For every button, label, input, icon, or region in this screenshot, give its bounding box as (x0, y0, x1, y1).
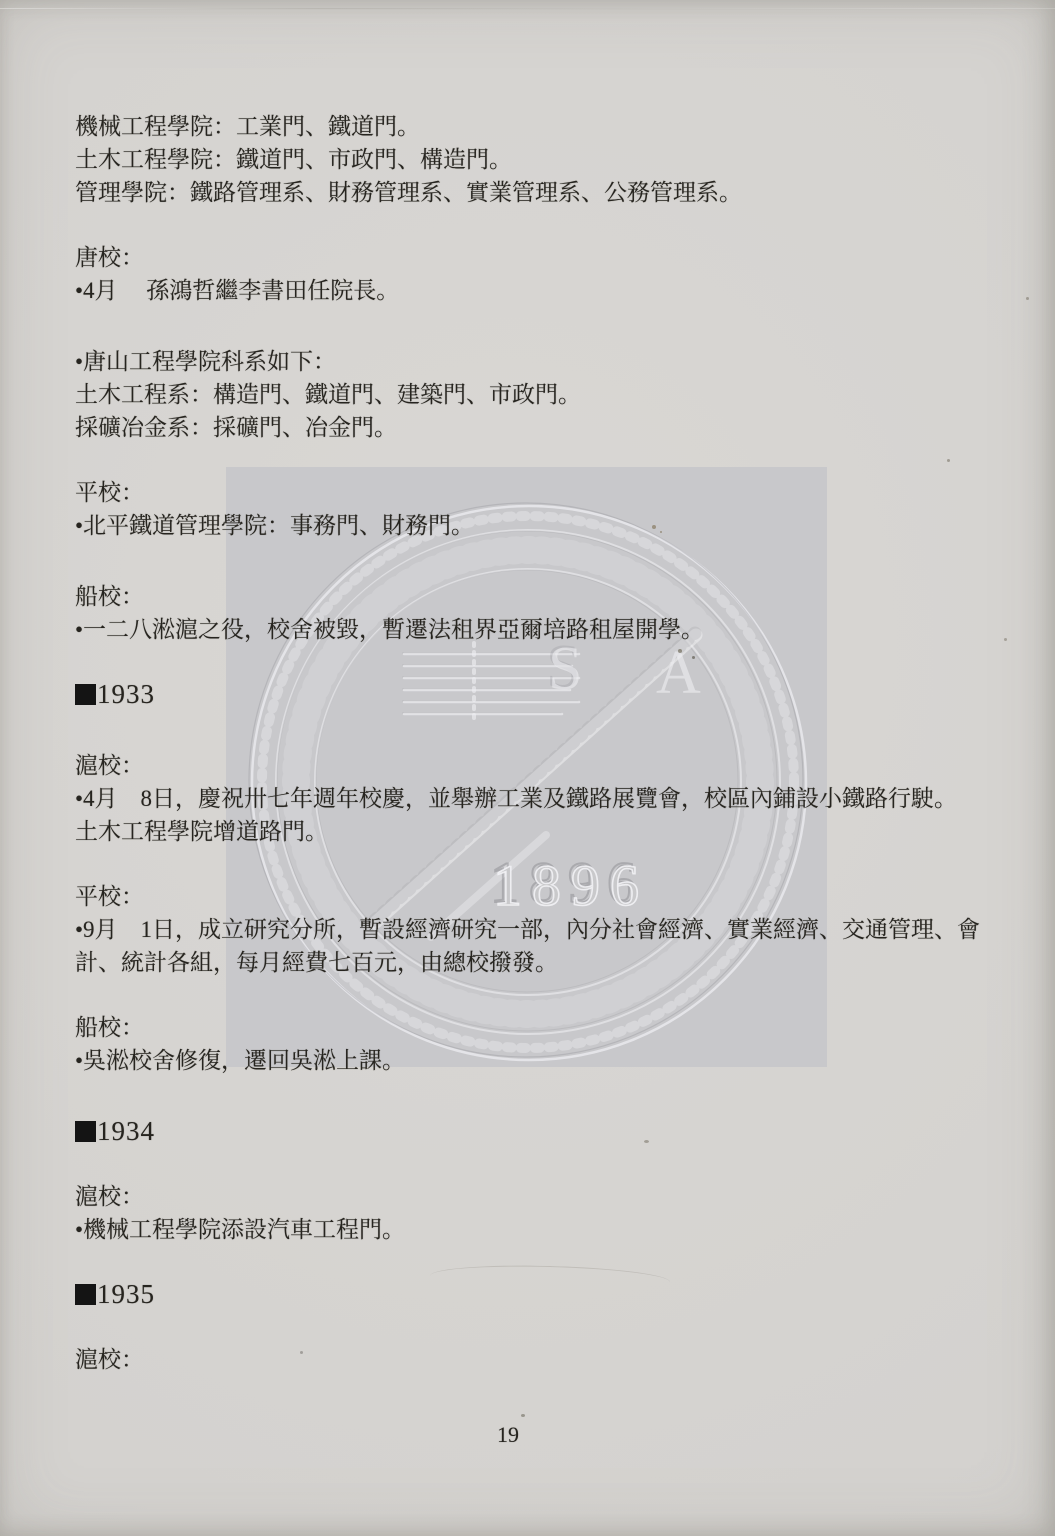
paper-speck (521, 1414, 525, 1417)
text-line: •機械工程學院添設汽車工程門。 (75, 1213, 960, 1246)
paragraph: 滬校： (75, 1343, 960, 1376)
text-line: •9月 1日，成立研究分所，暫設經濟研究一部，內分社會經濟、實業經濟、交通管理、… (75, 913, 960, 946)
text-line: •一二八淞滬之役，校舍被毀，暫遷法租界亞爾培路租屋開學。 (75, 613, 960, 646)
year-marker-square (75, 1284, 96, 1305)
text-line: 船校： (75, 580, 960, 613)
paragraph: 滬校：•機械工程學院添設汽車工程門。 (75, 1180, 960, 1246)
page-number: 19 (0, 1422, 1016, 1448)
paragraph: 船校：•一二八淞滬之役，校舍被毀，暫遷法租界亞爾培路租屋開學。 (75, 580, 960, 646)
document-text: 機械工程學院：工業門、鐵道門。土木工程學院：鐵道門、市政門、構造門。管理學院：鐵… (75, 110, 960, 1408)
paper-speck (1004, 638, 1007, 641)
paragraph: 船校：•吳淞校舍修復，遷回吳淞上課。 (75, 1011, 960, 1077)
year-marker-square (75, 1121, 96, 1142)
text-line: 船校： (75, 1011, 960, 1044)
year-heading: 1933 (75, 678, 960, 711)
text-line: •唐山工程學院科系如下： (75, 345, 960, 378)
text-line: 管理學院：鐵路管理系、財務管理系、實業管理系、公務管理系。 (75, 176, 960, 209)
text-line: 採礦冶金系：採礦門、冶金門。 (75, 411, 960, 444)
scanned-page: S A S 1896 1896 機械工程學院：工業門、鐵道門。土木工程學院：鐵道… (0, 0, 1055, 1536)
text-line: 平校： (75, 476, 960, 509)
text-line: 唐校： (75, 241, 960, 274)
year-heading: 1935 (75, 1278, 960, 1311)
text-line: •吳淞校舍修復，遷回吳淞上課。 (75, 1044, 960, 1077)
text-line: 土木工程學院增道路門。 (75, 815, 960, 848)
paper-crease (0, 8, 1055, 9)
text-line: 平校： (75, 880, 960, 913)
text-line: •北平鐵道管理學院：事務門、財務門。 (75, 509, 960, 542)
text-line: 機械工程學院：工業門、鐵道門。 (75, 110, 960, 143)
text-line: •4月 8日，慶祝卅七年週年校慶，並舉辦工業及鐵路展覽會，校區內鋪設小鐵路行駛。 (75, 782, 960, 815)
year-heading: 1934 (75, 1115, 960, 1148)
year-label: 1933 (97, 678, 155, 711)
text-line: 計、統計各組，每月經費七百元，由總校撥發。 (75, 946, 960, 979)
text-line: 滬校： (75, 1180, 960, 1213)
paragraph: •唐山工程學院科系如下：土木工程系：構造門、鐵道門、建築門、市政門。採礦冶金系：… (75, 345, 960, 444)
paragraph: 滬校：•4月 8日，慶祝卅七年週年校慶，並舉辦工業及鐵路展覽會，校區內鋪設小鐵路… (75, 749, 960, 848)
year-label: 1935 (97, 1278, 155, 1311)
text-line: 滬校： (75, 749, 960, 782)
year-marker-square (75, 684, 96, 705)
paper-speck (1026, 297, 1029, 300)
text-line: •4月 孫鴻哲繼李書田任院長。 (75, 274, 960, 307)
paragraph: 平校：•北平鐵道管理學院：事務門、財務門。 (75, 476, 960, 542)
paragraph: 唐校：•4月 孫鴻哲繼李書田任院長。 (75, 241, 960, 307)
paragraph: 機械工程學院：工業門、鐵道門。土木工程學院：鐵道門、市政門、構造門。管理學院：鐵… (75, 110, 960, 209)
text-line: 土木工程學院：鐵道門、市政門、構造門。 (75, 143, 960, 176)
paragraph: 平校：•9月 1日，成立研究分所，暫設經濟研究一部，內分社會經濟、實業經濟、交通… (75, 880, 960, 979)
text-line: 滬校： (75, 1343, 960, 1376)
text-line: 土木工程系：構造門、鐵道門、建築門、市政門。 (75, 378, 960, 411)
year-label: 1934 (97, 1115, 155, 1148)
